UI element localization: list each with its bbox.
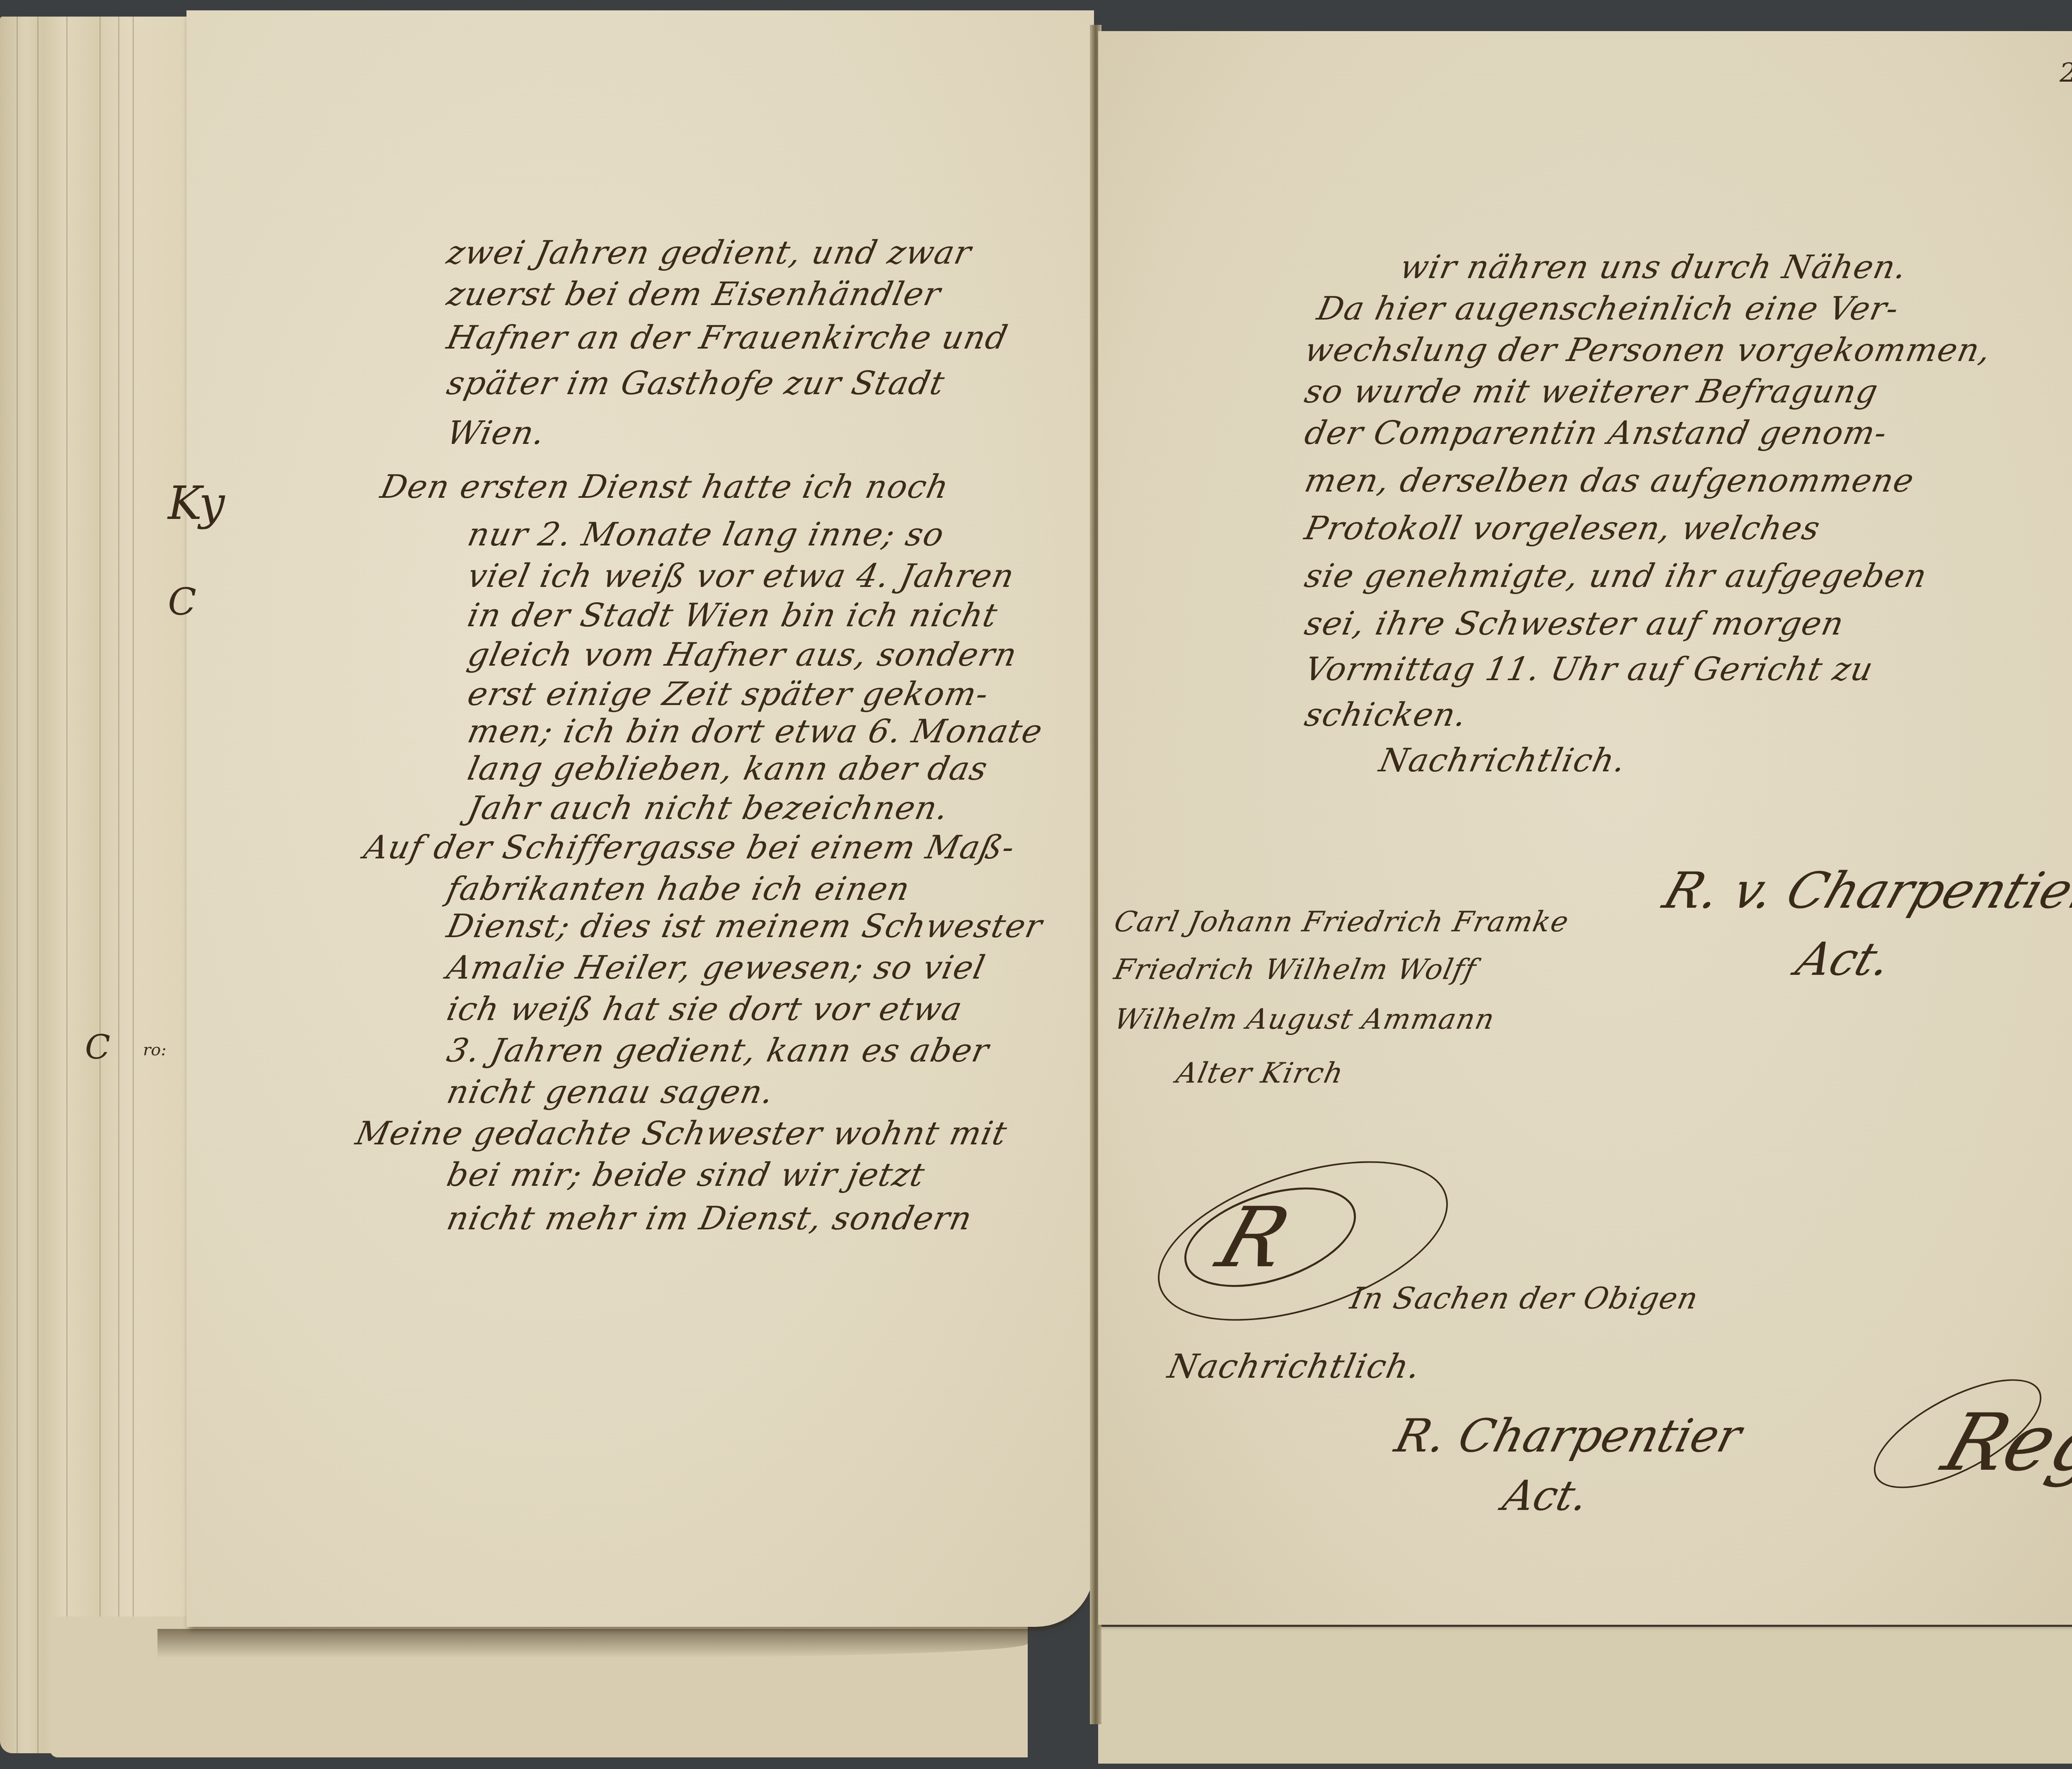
text-line: sei, ihre Schwester auf morgen [1301,605,1847,642]
signature-title: Act. [1498,1471,1593,1520]
decree-text: In Sachen der Obigen [1347,1281,1702,1316]
witness-name: Alter Kirch [1174,1057,1347,1090]
signature-charpentier: R. v. Charpentier [1656,862,2072,920]
text-line: sie genehmigte, und ihr aufgegeben [1301,557,1930,595]
text-line: Protokoll vorgelesen, welches [1301,510,1824,547]
text-line: wir nähren uns durch Nähen. [1397,249,1910,286]
text-line: men, derselben das aufgenommene [1301,462,1917,499]
text-line: so wurde mit weiterer Befragung [1301,373,1882,410]
signature-charpentier: R. Charpentier [1390,1409,1747,1462]
text-line: Da hier augenscheinlich eine Ver- [1314,290,1903,327]
signature-title: Act. [1790,933,1898,986]
witness-name: Wilhelm August Ammann [1111,1003,1498,1036]
book-spread: Ky C C ro: zwei Jahren gedient, und zwar… [0,0,2072,1769]
text-line: Vormittag 11. Uhr auf Gericht zu [1301,651,1877,688]
closing-text: Nachrichtlich. [1376,742,1629,779]
witness-name: Carl Johann Friedrich Framke [1111,906,1572,938]
text-line: schicken. [1301,696,1470,734]
text-line: wechslung der Personen vorgekommen, [1301,332,1995,369]
closing-text: Nachrichtlich. [1164,1347,1424,1386]
text-line: der Comparentin Anstand genom- [1301,414,1890,452]
witness-name: Friedrich Wilhelm Wolff [1111,953,1479,986]
